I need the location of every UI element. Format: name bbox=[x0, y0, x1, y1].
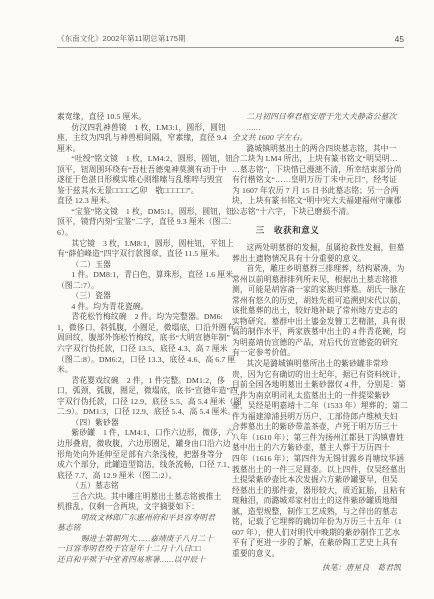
text-line: 其次是潞城镇明墓所出土的紫砂罐非常珍 bbox=[232, 359, 409, 370]
journal-page: 《东南文化》2002年第11期总第175期 45 素宽缘，直径 10.5 厘米。… bbox=[0, 0, 434, 599]
text-line: 边形叠肩，微收腹，六边形圈足，罐身由口沿六边 bbox=[57, 439, 219, 450]
text-line: （图二:8）。DM6:2，口径 13.3、底径 4.6、高 6.7 厘 bbox=[57, 355, 219, 366]
text-line: 为 1607 年农历 7 月 15 日书此墓志铭；另一合两 bbox=[232, 186, 409, 197]
text-line: 二:9）。DM1:3，口径 12.9、底径 5.4、高 5.4 厘米。 bbox=[57, 407, 219, 418]
text-line: 常州有悠久的历史，胡姓先祖可追溯到宋代以前， bbox=[232, 296, 409, 307]
text-line: 一件为南京明司礼太监墓出土的一件提梁紫砂 bbox=[232, 391, 409, 402]
text-line: 其它镜 3 枚，LM8:1，圆形，圆柱钮，平钮上 bbox=[57, 239, 219, 250]
text-line: 潞城镇明墓出土的两合四块墓志铭，其中一 bbox=[232, 144, 409, 155]
text-line: 还自和平殡于中堂者四易寒暑……以甲辰十 bbox=[57, 555, 219, 566]
text-line: 顶平，钮周围环绕有“吾杜吾德鬼神莫测有动于中 bbox=[57, 165, 219, 176]
text-line: 字双行伪托款，口径 12.9、底径 5.5、高 5.4 厘米（图 bbox=[57, 397, 219, 408]
text-line: 底径 7.7、高 12.9 厘米（图二:2）。 bbox=[57, 471, 219, 482]
text-line: （五）墓志铭 bbox=[57, 481, 219, 492]
text-line: 墓志铭 bbox=[57, 523, 219, 534]
text-line: 铭，记载了它埋葬的确切年份为万历三十五年（1 bbox=[232, 517, 409, 528]
text-line: 目前全国各地明墓出土紫砂器仅 4 件，分别是：第 bbox=[232, 380, 409, 391]
text-line: 公志铭”十六字，下块已磨损不清。 bbox=[232, 207, 409, 218]
text-line: 合葬墓出土的紫砂带盖茶壶，卢死于明万历三十 bbox=[232, 422, 409, 433]
text-line: 仿汉四乳神兽镜 1 枚，LM3:1，圆形，圆钮 bbox=[57, 123, 219, 134]
text-line: 有行楷铭文“……皇明万历丁未中元日”，经考证 bbox=[232, 175, 409, 186]
text-line: （三）瓷器 bbox=[57, 291, 219, 302]
text-line: 墓中出土的六方紫砂壶，墓主人葬于万历四十 bbox=[232, 443, 409, 454]
text-line: 重要的意义。 bbox=[232, 549, 409, 560]
text-line: 4 件。均为青花瓷碗。 bbox=[57, 302, 219, 313]
text-line: 素宽缘，直径 10.5 厘米。 bbox=[57, 112, 219, 123]
text-line: 块，上块有篆书铭文“明中宪大夫福建福州守廉郡 bbox=[232, 196, 409, 207]
text-line: 有“薛伯峰造”四字双行款图章，直径 11.5 厘米。 bbox=[57, 249, 219, 260]
text-line: 八年（1610 年）；第三件为扬州江都县丁沟镇曹姓 bbox=[232, 433, 409, 444]
text-line: 1 件。DM8:1，青白色，算珠形，直径 1.6 厘米 bbox=[57, 270, 219, 281]
text-line: 六字双行伪托款，口径 13.5、底径 4.3、高 7 厘米 bbox=[57, 344, 219, 355]
text-line: 青花松竹梅纹碗 2 件。均为完整器。DM6: bbox=[57, 312, 219, 323]
journal-citation: 《东南文化》2002年第11期总第175期 bbox=[57, 33, 186, 44]
text-line: 一日容寿明君殁于官是年十二月十八日□□ bbox=[57, 544, 219, 555]
text-line: 座，主纹为四乳与神兽相间隔，窄素缘，直径 9.4 bbox=[57, 133, 219, 144]
text-line: 平有了更进一步的了解，在紫砂陶工艺史上具有 bbox=[232, 538, 409, 549]
text-line: 鉴于兹其水无景□□□□乙卯 敬□□□□□”。 bbox=[57, 186, 219, 197]
text-line: 二月初四日奉君柩安厝于先大夫静斋公墓次 bbox=[232, 112, 409, 123]
page-header: 《东南文化》2002年第11期总第175期 45 bbox=[57, 33, 404, 48]
text-line: 这两处明墓群的发掘，虽属抢救性发掘，但墓 bbox=[232, 243, 409, 254]
text-line: …墓志铭”，下块惜已漫漶不清，所幸结束部分尚 bbox=[232, 165, 409, 176]
text-line: 遂征于色湛日形模实堆心则维嗦与乱维啐与毁宜 bbox=[57, 175, 219, 186]
text-line: 腻，造型规整，制作工艺成熟，与之伴出的墓志 bbox=[232, 507, 409, 518]
text-line: 紫砂罐 1 件，LM4:1，口作六边形，微侈，六 bbox=[57, 428, 219, 439]
text-line: 口，弧颈，弧腹，圈足，微塌底，底书“宣德年造”四 bbox=[57, 386, 219, 397]
text-line: 机推乱，仅剩一合两块，文字摘要如下： bbox=[57, 502, 219, 513]
text-line: 形角处向外延伸至足部有六条浅棱，把器身等分 bbox=[57, 450, 219, 461]
text-line: …… bbox=[232, 123, 409, 134]
text-line: （图二:7）。 bbox=[57, 281, 219, 292]
text-line: 607 年），使人们对明代中晚期的紫砂制作工艺水 bbox=[232, 528, 409, 539]
text-line: 土提梁紫砂壶比本次发掘六方紫砂罐要早，但吴 bbox=[232, 475, 409, 486]
text-line: 葬出土遗物情况具有十分重要的意义。 bbox=[232, 254, 409, 265]
text-line: （四）紫砂器 bbox=[57, 418, 219, 429]
text-line: 首先，雕庄乡明墓群三排理葬，结构紧凑，为 bbox=[232, 264, 409, 275]
text-line: 壶，吴经是明嘉靖十二年（1533 年）埋葬的；第二 bbox=[232, 401, 409, 412]
text-line: 全文共 1600 字左右。 bbox=[232, 133, 409, 144]
section-heading: 三 收获和意义 bbox=[232, 225, 409, 236]
text-line: 为明嘉靖仿宣德的产品，对后代仿宣德瓷的研究 bbox=[232, 338, 409, 349]
text-line: 测，可能是胡容斋一家的家族归葬墓。胡氏一脉在 bbox=[232, 285, 409, 296]
left-column: 素宽缘，直径 10.5 厘米。仿汉四乳神兽镜 1 枚，LM3:1，圆形，圆钮座，… bbox=[57, 112, 219, 574]
text-line: 周回纹，腹部外饰松竹梅纹，底书“大明宣德年制” bbox=[57, 333, 219, 344]
text-line: 四年（1616 年）；第四件为无锡甘露乡肖塘坟华涵 bbox=[232, 454, 409, 465]
text-line: 莪墓出土的一件三足圆壶。以上四件，仅吴经墓出 bbox=[232, 465, 409, 476]
text-line: 1，微侈口，斜弧腹，小圈足，微塌底，口沿外圈有一 bbox=[57, 323, 219, 334]
text-line: 青花婴戏纹碗 2 件，1 件完整。DM1:2，侈 bbox=[57, 376, 219, 387]
text-line: 三合六块。其中雕庄明墓出土墓志铭被推土 bbox=[57, 492, 219, 503]
right-column: 二月初四日奉君柩安厝于先大夫静斋公墓次……全文共 1600 字左右。潞城镇明墓出… bbox=[232, 112, 409, 574]
text-line: 高的制作水平，两家族墓中出土的 4 件青花碗，均 bbox=[232, 327, 409, 338]
text-line: 该批墓葬的出土，较好地补缺了常州地方史志的 bbox=[232, 306, 409, 317]
page-number: 45 bbox=[395, 34, 404, 44]
text-line: 件为福建漳浦县明万历户、工部侍郎卢维桢夫妇 bbox=[232, 412, 409, 423]
text-line: 厘米。 bbox=[57, 144, 219, 155]
text-line: 合二块为 LM4 所出，上块有篆书铭文“明吴明… bbox=[232, 154, 409, 165]
text-line: 顶平，镜背内刻“宝鉴”二字，直径 9.3 厘米（图二： bbox=[57, 217, 219, 228]
byline: 执笔：唐星良 葛君凯 bbox=[232, 563, 409, 574]
text-line: 贵，因为它有确切的出土纪年，据已有资料统计， bbox=[232, 370, 409, 381]
text-line: 经墓出土的那件壶，器形较大，质近缸胎，且粘有 bbox=[232, 486, 409, 497]
text-line: 成六个部分，此罐造型简洁，线条流畅，口径 7.1、 bbox=[57, 460, 219, 471]
text-line: 直径 12.3 厘米。 bbox=[57, 196, 219, 207]
text-line: 实物研究。墓群中出土鎏金发簪工艺精湛，具有很 bbox=[232, 317, 409, 328]
text-line: 6）。 bbox=[57, 228, 219, 239]
text-line: 斑釉泪，而潞城邓家村出土的这件紫砂罐质地细 bbox=[232, 496, 409, 507]
text-line: （二）玉器 bbox=[57, 260, 219, 271]
text-line: 有一定参考价值。 bbox=[232, 348, 409, 359]
article-body: 素宽缘，直径 10.5 厘米。仿汉四乳神兽镜 1 枚，LM3:1，圆形，圆钮座，… bbox=[57, 112, 409, 574]
text-line: 常州以前明墓群排列所未见，根据出土墓志铭推 bbox=[232, 275, 409, 286]
text-line: “宝鉴”铭文镜 1 枚，DM5:1，圆形，圆钮，钮 bbox=[57, 207, 219, 218]
text-line: 赐进士第朝列大……嘉靖庚子八月二十 bbox=[57, 534, 219, 545]
text-line: 明故文林郎广东惠州府和平县容寿明君 bbox=[57, 513, 219, 524]
text-line: “吐绶”铭文镜 1 枚，LM4:2，圆形，圆钮，钮 bbox=[57, 154, 219, 165]
text-line: 米。 bbox=[57, 365, 219, 376]
